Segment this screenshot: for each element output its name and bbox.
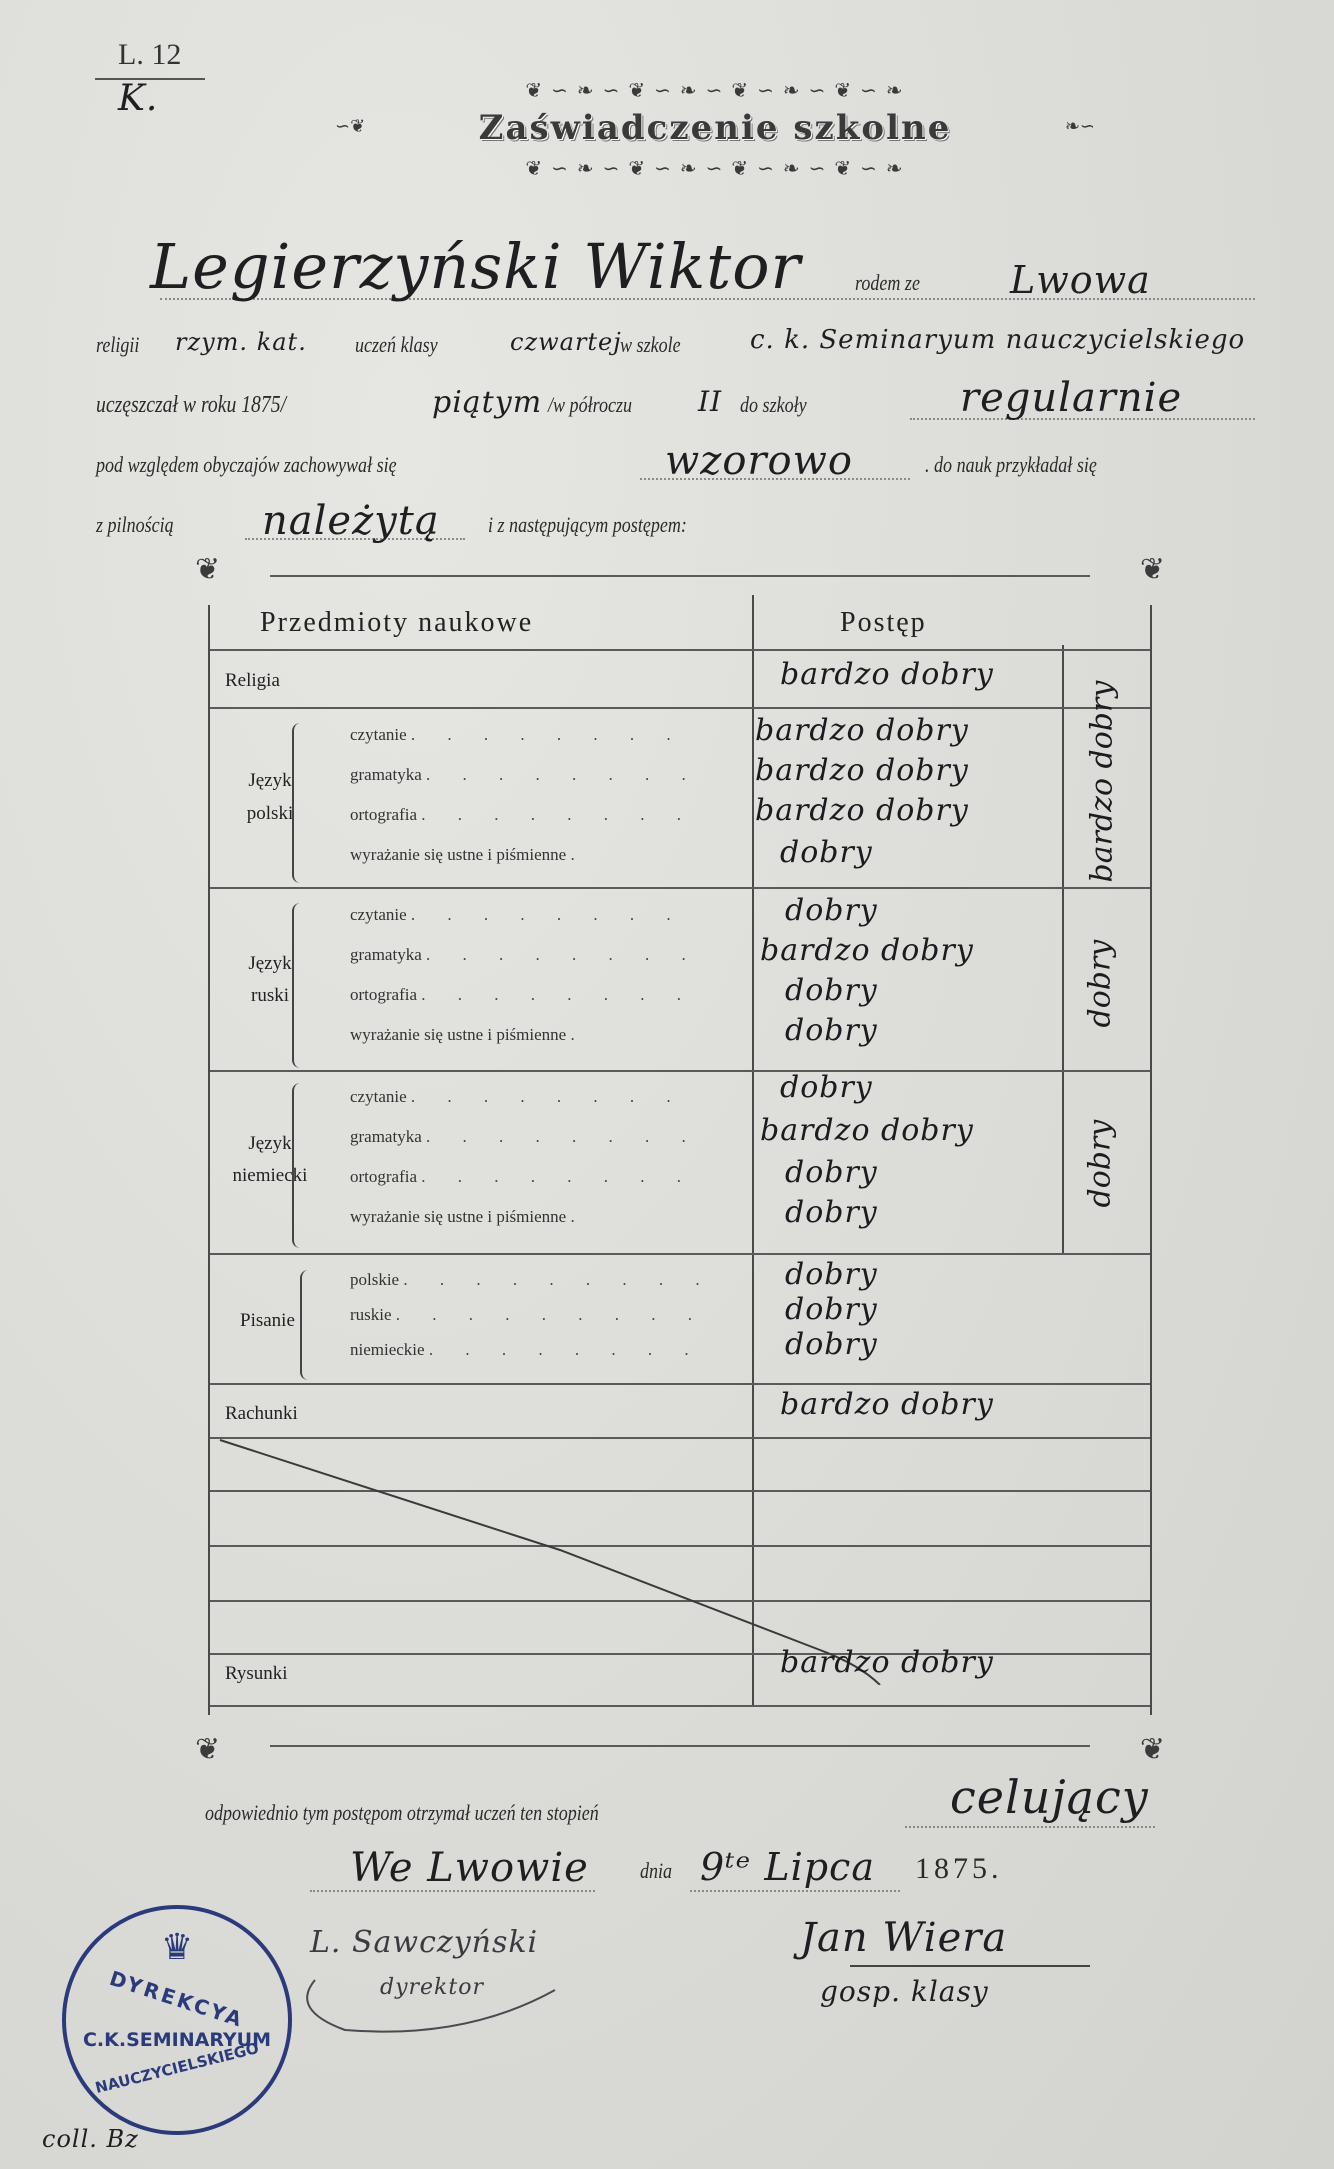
to-school-label: do szkoły — [740, 392, 807, 418]
date-line — [690, 1890, 900, 1892]
subrow-label: wyrażanie się ustne i piśmienne . — [350, 845, 589, 865]
subrow-label: polskie . . . . . . . . . — [350, 1270, 714, 1290]
attended-label: uczęszczał w roku 1875/ — [96, 392, 286, 419]
summary-column-divider — [1062, 645, 1064, 1255]
arithmetic-grade: bardzo dobry — [780, 1387, 994, 1422]
grade: dobry — [785, 893, 878, 928]
religion-value: rzym. kat. — [175, 328, 307, 356]
conduct-value: wzorowo — [665, 438, 853, 484]
teacher-title: gosp. klasy — [820, 1975, 989, 2008]
corner-ornament-icon: ❦ — [195, 555, 220, 585]
grade: dobry — [785, 1292, 878, 1327]
header-subjects: Przedmioty naukowe — [260, 607, 533, 639]
final-grade: celujący — [950, 1770, 1149, 1824]
row-divider — [210, 887, 1150, 889]
reference-number: L. 12 — [118, 38, 181, 72]
document-title-block: ❦ ∽ ❧ ∽ ❦ ∽ ❧ ∽ ❦ ∽ ❧ ∽ ❦ ∽ ❧ ∽❦ Zaświad… — [345, 78, 1085, 178]
progress-intro: i z następującym postępem: — [488, 512, 687, 538]
grade: dobry — [780, 1070, 873, 1105]
grade: dobry — [785, 973, 878, 1008]
drawing-label: Rysunki — [225, 1663, 288, 1685]
diligence-value: należytą — [262, 498, 440, 544]
brace — [292, 903, 304, 1068]
drawing-grade: bardzo dobry — [780, 1645, 994, 1680]
corner-ornament-icon: ❦ — [1140, 1735, 1165, 1765]
ruthenian-summary-grade: dobry — [1083, 938, 1118, 1028]
arithmetic-label: Rachunki — [225, 1403, 298, 1425]
result-label: odpowiednio tym postępom otrzymał uczeń … — [205, 1800, 599, 1826]
subrow-label: wyrażanie się ustne i piśmienne . — [350, 1207, 589, 1227]
diligence-label: . do nauk przykładał się — [925, 452, 1097, 478]
grade: bardzo dobry — [755, 793, 969, 828]
subrow-label: niemieckie . . . . . . . . — [350, 1340, 703, 1360]
teacher-signature: Jan Wiera — [800, 1915, 1007, 1961]
ornament-right-icon: ❧∽ — [1065, 116, 1095, 137]
born-place: Lwowa — [1010, 258, 1151, 302]
director-flourish — [285, 1950, 585, 2040]
corner-ornament-icon: ❦ — [1140, 555, 1165, 585]
subrow-label: ortografia . . . . . . . . — [350, 985, 695, 1005]
writing-label: Pisanie — [240, 1310, 295, 1332]
date-label: dnia — [640, 1858, 672, 1884]
subrow-label: gramatyka . . . . . . . . — [350, 945, 700, 965]
row-divider — [210, 707, 1150, 709]
grade: bardzo dobry — [755, 713, 969, 748]
strike-through-line — [200, 1425, 1160, 1685]
german-summary-grade: dobry — [1083, 1118, 1118, 1208]
term-value: II — [698, 385, 722, 418]
ornament-top-border: ❦ ∽ ❧ ∽ ❦ ∽ ❧ ∽ ❦ ∽ ❧ ∽ ❦ ∽ ❧ — [375, 78, 1055, 98]
class-value: czwartej — [510, 328, 622, 356]
ornament-bottom-border: ❦ ∽ ❧ ∽ ❦ ∽ ❧ ∽ ❦ ∽ ❧ ∽ ❦ ∽ ❧ — [375, 156, 1055, 176]
brace — [300, 1270, 312, 1380]
row-divider — [210, 1705, 1150, 1707]
subrow-label: czytanie . . . . . . . . — [350, 905, 685, 925]
grade: dobry — [785, 1257, 878, 1292]
frame-top-border — [270, 575, 1090, 577]
subrow-label: czytanie . . . . . . . . — [350, 725, 685, 745]
grade: dobry — [785, 1013, 878, 1048]
document-title: Zaświadczenie szkolne — [345, 108, 1085, 148]
year-ordinal: piątym — [432, 385, 542, 420]
religion-grade: bardzo dobry — [780, 657, 994, 692]
subrow-label: gramatyka . . . . . . . . — [350, 765, 700, 785]
grade: dobry — [785, 1327, 878, 1362]
religion-label: religii — [96, 332, 139, 358]
brace — [292, 1083, 304, 1248]
subrow-label: gramatyka . . . . . . . . — [350, 1127, 700, 1147]
school-value: c. k. Seminaryum nauczycielskiego — [750, 325, 1245, 355]
term-label: /w półroczu — [548, 392, 632, 418]
row-divider — [210, 1253, 1150, 1255]
grade: dobry — [785, 1195, 878, 1230]
polish-summary-grade: bardzo dobry — [1085, 723, 1120, 883]
subrow-label: ortografia . . . . . . . . — [350, 1167, 695, 1187]
teacher-underline — [850, 1965, 1090, 1967]
grade: bardzo dobry — [760, 1113, 974, 1148]
seminary-stamp: ♛ DYREKCYA C.K.SEMINARYUM NAUCZYCIELSKIE… — [62, 1905, 292, 2135]
grade: bardzo dobry — [760, 933, 974, 968]
diligence-prefix: z pilnością — [96, 512, 174, 538]
header-progress: Postęp — [840, 607, 927, 639]
subrow-label: czytanie . . . . . . . . — [350, 1087, 685, 1107]
conduct-label: pod względem obyczajów zachowywał się — [96, 452, 397, 478]
subrow-label: ortografia . . . . . . . . — [350, 805, 695, 825]
pupil-label: uczeń klasy — [355, 332, 438, 358]
school-label: w szkole — [620, 332, 681, 358]
grade: dobry — [780, 835, 873, 870]
place-value: We Lwowie — [350, 1845, 589, 1891]
grade: dobry — [785, 1155, 878, 1190]
student-name: Legierzyński Wiktor — [150, 230, 801, 303]
religion-label: Religia — [225, 670, 280, 692]
subrow-label: ruskie . . . . . . . . . — [350, 1305, 706, 1325]
attendance-value: regularnie — [960, 375, 1182, 421]
subrow-label: wyrażanie się ustne i piśmienne . — [350, 1025, 589, 1045]
reference-mark: K. — [118, 78, 158, 119]
brace — [292, 723, 304, 883]
archive-note: coll. Bz — [42, 2125, 139, 2153]
date-year: 1875. — [915, 1852, 1003, 1886]
grades-table: ❦ ❦ ❦ ❦ Przedmioty naukowe Postęp Religi… — [200, 565, 1160, 1755]
grade: bardzo dobry — [755, 753, 969, 788]
row-divider — [210, 1070, 1150, 1072]
date-value: 9ᵗᵉ Lipca — [700, 1845, 875, 1889]
row-divider — [210, 1383, 1150, 1385]
corner-ornament-icon: ❦ — [195, 1735, 220, 1765]
result-line — [905, 1826, 1155, 1828]
frame-bottom-border — [270, 1745, 1090, 1747]
header-divider — [210, 649, 1150, 651]
born-label: rodem ze — [855, 270, 920, 296]
